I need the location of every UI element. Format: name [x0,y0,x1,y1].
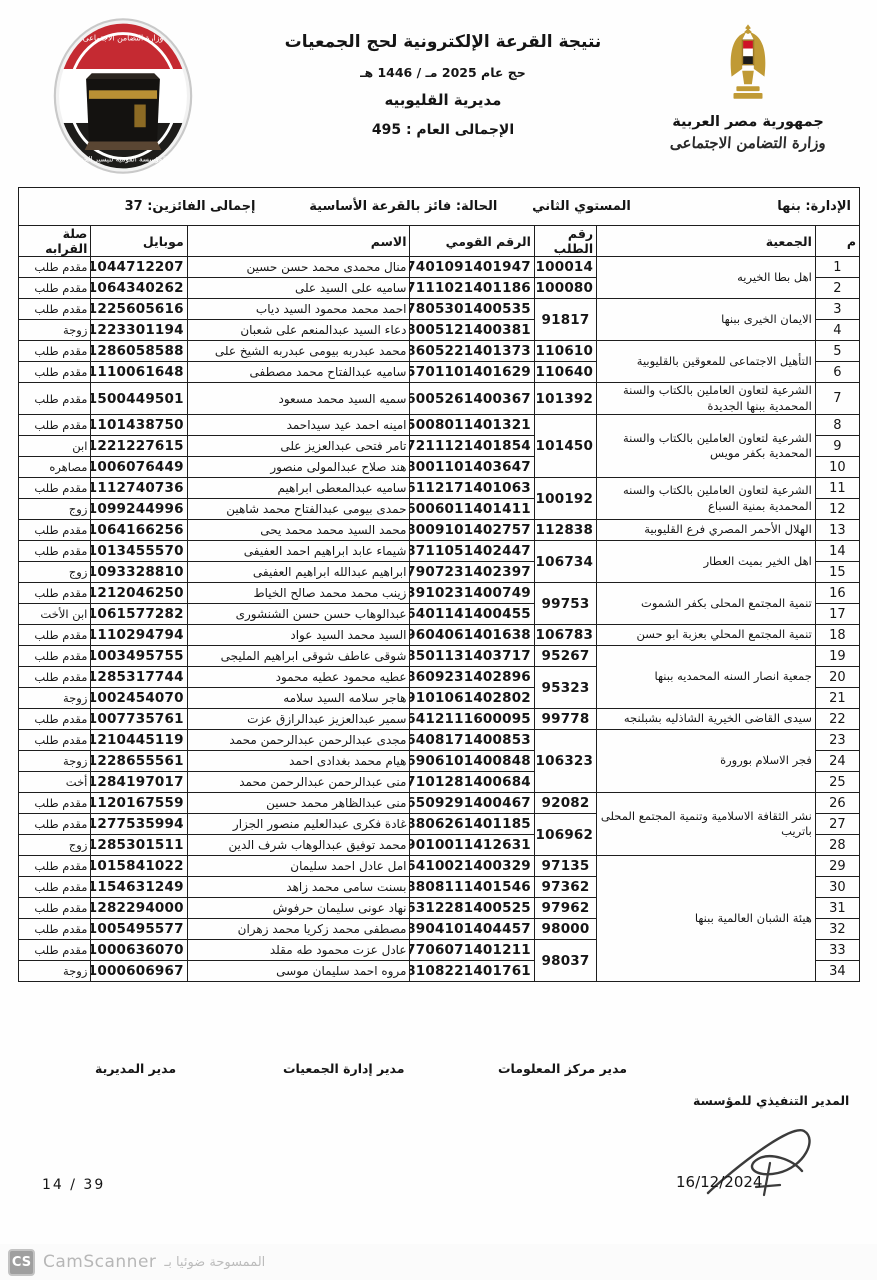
cell-name: دعاء السيد عبدالمنعم على شعبان [187,320,410,341]
cell-mobile: 01277535994 [91,814,187,835]
cell-request-no: 98000 [534,919,596,940]
table-row: 5التأهيل الاجتماعى للمعوقين بالقليوبية11… [19,341,860,362]
cell-serial: 2 [815,278,859,299]
cell-serial: 30 [815,877,859,898]
cell-request-no: 106783 [534,625,596,646]
cell-request-no: 100192 [534,478,596,520]
svg-text:وزارة التضامن الاجتماعى: وزارة التضامن الاجتماعى [83,34,164,43]
country-name: جمهورية مصر العربية [638,114,858,130]
cell-name: ابراهيم عبدالله ابراهيم العفيفى [187,562,410,583]
cell-relation: مقدم طلب [19,814,91,835]
cell-name: عبدالوهاب حسن حسن الشنشورى [187,604,410,625]
cell-relation: مقدم طلب [19,278,91,299]
cell-association: جمعية انصار السنه المحمديه ببنها [597,646,816,709]
cell-national-id: 27907231402397 [410,562,534,583]
cell-national-id: 26408171400853 [410,730,534,751]
cell-serial: 22 [815,709,859,730]
cell-serial: 33 [815,940,859,961]
cell-national-id: 26312281400525 [410,898,534,919]
cell-request-no: 110640 [534,362,596,383]
cell-request-no: 95323 [534,667,596,709]
cell-serial: 28 [815,835,859,856]
status-label: الحالة: فائز بالقرعة الأساسية [256,199,498,214]
cell-serial: 19 [815,646,859,667]
cell-request-no: 91817 [534,299,596,341]
grand-total: الإجمالى العام : 495 [238,122,648,138]
cell-serial: 14 [815,541,859,562]
cell-association: الشرعية لتعاون العاملين بالكتاب والسنة ا… [597,415,816,478]
cell-mobile: 01500449501 [91,383,187,415]
kaaba-emblem-icon: وزارة التضامن الاجتماعى المؤسسة القومية … [52,16,194,176]
cell-request-no: 100080 [534,278,596,299]
cell-association: فجر الاسلام بورورة [597,730,816,793]
cell-mobile: 01223301194 [91,320,187,341]
table-row: 19جمعية انصار السنه المحمديه ببنها952672… [19,646,860,667]
cell-mobile: 01093328810 [91,562,187,583]
cell-relation: زوجة [19,320,91,341]
cell-mobile: 01000606967 [91,961,187,982]
cell-request-no: 97135 [534,856,596,877]
cell-national-id: 26005261400367 [410,383,534,415]
cell-name: منى عبدالظاهر محمد حسين [187,793,410,814]
table-row: 22سيدى القاضى الخيرية الشاذليه بشبلنجه99… [19,709,860,730]
cell-serial: 4 [815,320,859,341]
cell-serial: 16 [815,583,859,604]
cell-national-id: 28609231402896 [410,667,534,688]
cell-national-id: 25701101401629 [410,362,534,383]
cell-national-id: 26509291400467 [410,793,534,814]
ministry-name: وزارة التضامن الاجتماعى [637,134,858,152]
table-row: 18تنمية المجتمع المحلي بعزبة ابو حسن1067… [19,625,860,646]
cell-name: حمدى بيومى عبدالفتاح محمد شاهين [187,499,410,520]
cell-serial: 23 [815,730,859,751]
cell-association: الشرعية لتعاون العاملين بالكتاب والسنة ا… [597,383,816,415]
cell-mobile: 01228655561 [91,751,187,772]
table-row: 29هيئة الشبان العالمية ببنها971352641002… [19,856,860,877]
cell-name: مصطفى محمد زكريا محمد زهران [187,919,410,940]
cell-serial: 12 [815,499,859,520]
cell-request-no: 106734 [534,541,596,583]
cell-relation: مقدم طلب [19,919,91,940]
info-cell: الإدارة: بنها المستوي الثاني الحالة: فائ… [19,188,860,226]
cell-mobile: 01110294794 [91,625,187,646]
results-table: الإدارة: بنها المستوي الثاني الحالة: فائ… [18,187,860,982]
signatory-executive-director: المدير التنفيذي للمؤسسة [693,1093,849,1108]
cell-relation: مقدم طلب [19,646,91,667]
kaaba-cube [85,73,162,150]
cell-relation: زوج [19,835,91,856]
cell-name: عطيه محمود عطيه محمود [187,667,410,688]
cell-relation: مقدم طلب [19,940,91,961]
cell-association: نشر الثقافة الاسلامية وتنمية المجتمع الم… [597,793,816,856]
cell-name: ساميه على السيد على [187,278,410,299]
table-body: 1اهل بطا الخيريه10001427401091401947منال… [19,257,860,982]
cell-relation: ابن الأخت [19,604,91,625]
cell-mobile: 01210445119 [91,730,187,751]
level-label: المستوي الثاني [497,199,630,214]
cell-name: شوقى عاطف شوقى ابراهيم المليجى [187,646,410,667]
egypt-eagle-icon [719,20,777,108]
cell-serial: 5 [815,341,859,362]
cell-relation: مقدم طلب [19,856,91,877]
cell-national-id: 26410021400329 [410,856,534,877]
cell-mobile: 01013455570 [91,541,187,562]
cell-name: امينه احمد عيد سيداحمد [187,415,410,436]
cell-mobile: 01286058588 [91,341,187,362]
cell-relation: مصاهره [19,457,91,478]
cell-relation: زوجة [19,961,91,982]
table-row: 23فجر الاسلام بورورة10632326408171400853… [19,730,860,751]
cell-request-no: 99778 [534,709,596,730]
cell-national-id: 27101281400684 [410,772,534,793]
col-header-mobile: موبايل [91,226,187,257]
document-title-block: نتيجة القرعة الإلكترونية لحج الجمعيات حج… [238,32,648,138]
cell-relation: مقدم طلب [19,709,91,730]
cell-serial: 27 [815,814,859,835]
cell-name: ساميه عبدالمعطى ابراهيم [187,478,410,499]
cell-request-no: 98037 [534,940,596,982]
cell-relation: مقدم طلب [19,541,91,562]
col-header-name: الاسم [187,226,410,257]
cell-mobile: 01005495577 [91,919,187,940]
cell-mobile: 01015841022 [91,856,187,877]
cell-request-no: 95267 [534,646,596,667]
document-date: 16/12/2024 [676,1173,762,1191]
cell-national-id: 28806261401185 [410,814,534,835]
cell-serial: 15 [815,562,859,583]
cell-mobile: 01044712207 [91,257,187,278]
col-header-request-no: رقم الطلب [534,226,596,257]
cell-serial: 17 [815,604,859,625]
table-row: 13الهلال الأحمر المصري فرع القليوبية1128… [19,520,860,541]
cell-relation: مقدم طلب [19,299,91,320]
cell-name: زينب محمد محمد صالح الخياط [187,583,410,604]
cell-association: تنمية المجتمع المحلي بعزبة ابو حسن [597,625,816,646]
table-row: 11الشرعية لتعاون العاملين بالكتاب والسنه… [19,478,860,499]
cell-association: التأهيل الاجتماعى للمعوقين بالقليوبية [597,341,816,383]
table-row: 8الشرعية لتعاون العاملين بالكتاب والسنة … [19,415,860,436]
cell-national-id: 28605221401373 [410,341,534,362]
signatory-info-center-manager: مدير مركز المعلومات [498,1061,627,1076]
cell-name: سمير عبدالعزيز عبدالرازق عزت [187,709,410,730]
cell-mobile: 01000636070 [91,940,187,961]
cell-name: هيام محمد بغدادى احمد [187,751,410,772]
cell-relation: مقدم طلب [19,730,91,751]
cell-mobile: 01282294000 [91,898,187,919]
cell-relation: مقدم طلب [19,257,91,278]
cell-relation: مقدم طلب [19,341,91,362]
cell-national-id: 28711051402447 [410,541,534,562]
cell-name: هاجر سلامه السيد سلامه [187,688,410,709]
cell-mobile: 01221227615 [91,436,187,457]
cell-request-no: 99753 [534,583,596,625]
cell-relation: زوجة [19,688,91,709]
cell-name: محمد توفيق عبدالوهاب شرف الدين [187,835,410,856]
cell-serial: 10 [815,457,859,478]
cell-mobile: 01212046250 [91,583,187,604]
col-header-national-id: الرقم القومي [410,226,534,257]
cell-relation: مقدم طلب [19,625,91,646]
cell-national-id: 28001101403647 [410,457,534,478]
camscanner-brand: CamScanner [43,1252,156,1272]
cell-national-id: 23910231400749 [410,583,534,604]
cell-name: هند صلاح عبدالمولى منصور [187,457,410,478]
cell-mobile: 01002454070 [91,688,187,709]
cell-name: منى عبدالرحمن عبدالرحمن محمد [187,772,410,793]
cell-relation: مقدم طلب [19,583,91,604]
cell-request-no: 112838 [534,520,596,541]
cell-serial: 13 [815,520,859,541]
hajj-year-subtitle: حج عام 2025 مـ / 1446 هـ [238,65,648,80]
cell-name: عادل عزت محمود طه مقلد [187,940,410,961]
col-header-serial: م [815,226,859,257]
cell-name: السيد محمد السيد عواد [187,625,410,646]
cell-association: الايمان الخيرى ببنها [597,299,816,341]
table-row: 7الشرعية لتعاون العاملين بالكتاب والسنة … [19,383,860,415]
handwritten-signature [700,1115,820,1219]
cell-relation: زوجة [19,751,91,772]
cell-name: امل عادل احمد سليمان [187,856,410,877]
ministry-block: جمهورية مصر العربية وزارة التضامن الاجتم… [638,20,858,152]
cell-national-id: 27706071401211 [410,940,534,961]
cell-relation: أخت [19,772,91,793]
cell-mobile: 01110061648 [91,362,187,383]
cell-name: شيماء عابد ابراهيم احمد العفيفى [187,541,410,562]
cell-national-id: 26906101400848 [410,751,534,772]
cell-serial: 29 [815,856,859,877]
table-row: 26نشر الثقافة الاسلامية وتنمية المجتمع ا… [19,793,860,814]
cell-serial: 26 [815,793,859,814]
signatory-directorate-manager: مدير المديرية [95,1061,176,1076]
cell-request-no: 97362 [534,877,596,898]
cell-request-no: 97962 [534,898,596,919]
cell-national-id: 29101061402802 [410,688,534,709]
cell-mobile: 01061577282 [91,604,187,625]
cell-mobile: 01285317744 [91,667,187,688]
cell-mobile: 01064166256 [91,520,187,541]
table-row: 1اهل بطا الخيريه10001427401091401947منال… [19,257,860,278]
cell-mobile: 01120167559 [91,793,187,814]
cell-association: الشرعية لتعاون العاملين بالكتاب والسنه ا… [597,478,816,520]
cell-national-id: 26112171401063 [410,478,534,499]
table-header-row: م الجمعية رقم الطلب الرقم القومي الاسم م… [19,226,860,257]
directorate-title: مديرية القليوبيه [238,91,648,109]
cell-national-id: 29010011412631 [410,835,534,856]
cell-serial: 6 [815,362,859,383]
cell-relation: مقدم طلب [19,667,91,688]
cell-serial: 34 [815,961,859,982]
cell-request-no: 110610 [534,341,596,362]
cell-national-id: 27805301400535 [410,299,534,320]
cell-mobile: 01285301511 [91,835,187,856]
cell-name: احمد محمد محمود السيد دياب [187,299,410,320]
cell-serial: 31 [815,898,859,919]
cell-name: تامر فتحى عبدالعزيز على [187,436,410,457]
cell-relation: مقدم طلب [19,898,91,919]
cell-serial: 1 [815,257,859,278]
cell-mobile: 01007735761 [91,709,187,730]
cell-relation: مقدم طلب [19,415,91,436]
administration-label: الإدارة: بنها [631,199,856,214]
cell-national-id: 28108221401761 [410,961,534,982]
cell-name: محمد السيد محمد محمد يحى [187,520,410,541]
cell-serial: 20 [815,667,859,688]
camscanner-arabic-text: الممسوحة ضوئيا بـ [164,1255,265,1270]
cell-serial: 3 [815,299,859,320]
cell-association: سيدى القاضى الخيرية الشاذليه بشبلنجه [597,709,816,730]
cell-national-id: 29604061401638 [410,625,534,646]
cell-mobile: 01064340262 [91,278,187,299]
signature-icon [700,1115,820,1215]
cell-request-no: 101450 [534,415,596,478]
cell-mobile: 01101438750 [91,415,187,436]
cell-serial: 32 [815,919,859,940]
cell-association: اهل الخير بميت العطار [597,541,816,583]
cell-name: مجدى عبدالرحمن عبدالرحمن محمد [187,730,410,751]
cell-relation: زوج [19,562,91,583]
cell-national-id: 28005121400381 [410,320,534,341]
cell-serial: 8 [815,415,859,436]
cell-serial: 25 [815,772,859,793]
cell-serial: 11 [815,478,859,499]
cell-national-id: 28808111401546 [410,877,534,898]
table-row: 3الايمان الخيرى ببنها9181727805301400535… [19,299,860,320]
cell-name: محمد عبدربه بيومى عبدربه الشيخ على [187,341,410,362]
cell-mobile: 01099244996 [91,499,187,520]
cell-request-no: 101392 [534,383,596,415]
hajj-foundation-logo: وزارة التضامن الاجتماعى المؤسسة القومية … [52,16,194,180]
cell-national-id: 27211121401854 [410,436,534,457]
table-info-row: الإدارة: بنها المستوي الثاني الحالة: فائ… [19,188,860,226]
col-header-relation: صلة القرابه [19,226,91,257]
cell-mobile: 01112740736 [91,478,187,499]
cell-relation: زوج [19,499,91,520]
cell-national-id: 28904101404457 [410,919,534,940]
cell-relation: ابن [19,436,91,457]
page-number: 14 / 39 [42,1177,105,1193]
svg-text:المؤسسة القومية لتيسير الحج: المؤسسة القومية لتيسير الحج [79,154,167,163]
document-page: وزارة التضامن الاجتماعى المؤسسة القومية … [0,0,877,1280]
cell-name: ساميه عبدالفتاح محمد مصطفى [187,362,410,383]
cell-serial: 21 [815,688,859,709]
cell-national-id: 28501131403717 [410,646,534,667]
cell-name: مروه احمد سليمان موسى [187,961,410,982]
cell-association: هيئة الشبان العالمية ببنها [597,856,816,982]
cell-serial: 18 [815,625,859,646]
cell-mobile: 01284197017 [91,772,187,793]
cell-name: نهاد عونى سليمان حرفوش [187,898,410,919]
cell-serial: 24 [815,751,859,772]
cell-national-id: 26401141400455 [410,604,534,625]
cell-request-no: 100014 [534,257,596,278]
cell-relation: مقدم طلب [19,362,91,383]
camscanner-logo-icon: CS [8,1249,35,1276]
cell-serial: 9 [815,436,859,457]
cell-mobile: 01225605616 [91,299,187,320]
page-title: نتيجة القرعة الإلكترونية لحج الجمعيات [238,32,648,52]
cell-relation: مقدم طلب [19,478,91,499]
cell-mobile: 01006076449 [91,457,187,478]
signatory-associations-manager: مدير إدارة الجمعيات [283,1061,404,1076]
camscanner-watermark: CS CamScanner الممسوحة ضوئيا بـ [0,1244,877,1280]
winners-total-label: إجمالى الفائزين: 37 [22,199,256,214]
cell-national-id: 27401091401947 [410,257,534,278]
cell-national-id: 26006011401411 [410,499,534,520]
cell-association: تنمية المجتمع المحلى بكفر الشموت [597,583,816,625]
cell-relation: مقدم طلب [19,520,91,541]
cell-name: سميه السيد محمد مسعود [187,383,410,415]
cell-national-id: 26412111600095 [410,709,534,730]
col-header-association: الجمعية [597,226,816,257]
table-row: 16تنمية المجتمع المحلى بكفر الشموت997532… [19,583,860,604]
cell-mobile: 01154631249 [91,877,187,898]
cell-national-id: 25008011401321 [410,415,534,436]
cell-request-no: 106323 [534,730,596,793]
cell-serial: 7 [815,383,859,415]
cell-request-no: 92082 [534,793,596,814]
cell-relation: مقدم طلب [19,383,91,415]
cell-name: غادة فكرى عبدالعليم منصور الجزار [187,814,410,835]
signature-footer: مدير المديرية مدير إدارة الجمعيات مدير م… [0,1035,877,1245]
cell-association: الهلال الأحمر المصري فرع القليوبية [597,520,816,541]
cell-relation: مقدم طلب [19,877,91,898]
table-row: 14اهل الخير بميت العطار10673428711051402… [19,541,860,562]
cell-national-id: 28009101402757 [410,520,534,541]
cell-name: بسنت سامى محمد زاهد [187,877,410,898]
cell-mobile: 01003495755 [91,646,187,667]
cell-national-id: 27111021401186 [410,278,534,299]
cell-association: اهل بطا الخيريه [597,257,816,299]
cell-request-no: 106962 [534,814,596,856]
cell-name: منال محمدى محمد حسن حسين [187,257,410,278]
cell-relation: مقدم طلب [19,793,91,814]
